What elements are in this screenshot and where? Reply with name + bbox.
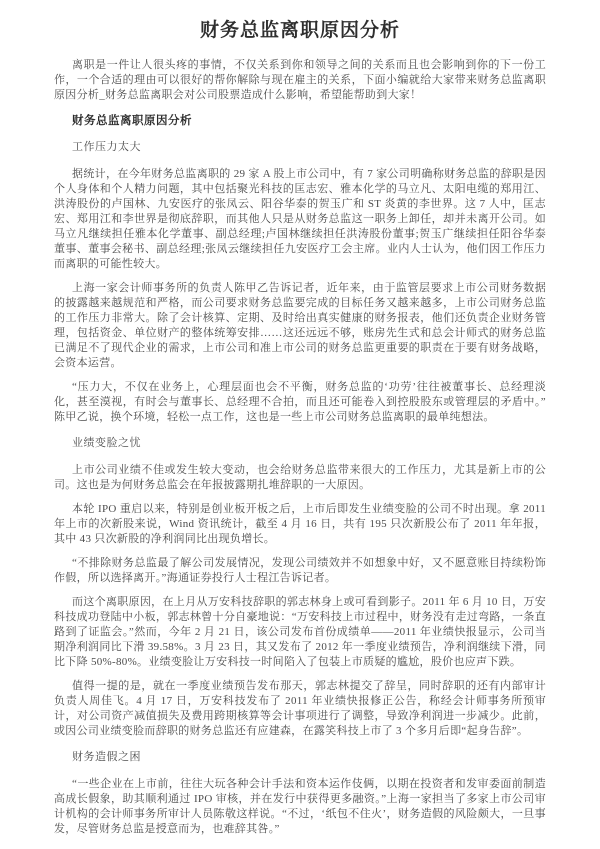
- paragraph-haitong-quote: “不排除财务总监最了解公司发展情况，发现公司绩效并不如想象中好，又不愿意账目持续…: [54, 556, 546, 586]
- document-page: 财务总监离职原因分析 离职是一件让人很头疼的事情，不仅关系到你和领导之间的关系而…: [0, 0, 600, 849]
- section-heading-work-pressure: 工作压力太大: [54, 140, 546, 155]
- section-heading-fraud: 财务造假之困: [54, 750, 546, 765]
- section-heading-performance: 业绩变脸之忧: [54, 436, 546, 451]
- paragraph-wanan-case: 而这个离职原因，在上月从万安科技辞职的郭志林身上或可看到影子。2011 年 6 …: [54, 595, 546, 670]
- paragraph-pressure-quote: “压力大，不仅在业务上，心理层面也会不平衡，财务总监的‘功劳’往往被董事长、总经…: [54, 380, 546, 425]
- intro-paragraph: 离职是一件让人很头疼的事情，不仅关系到你和领导之间的关系而且也会影响到你的下一份…: [54, 58, 546, 103]
- paragraph-accountant-view: 上海一家会计师事务所的负责人陈甲乙告诉记者，近年来，由于监管层要求上市公司财务数…: [54, 281, 546, 371]
- article-title: 财务总监离职原因分析: [54, 18, 546, 44]
- paragraph-resignation-detail: 值得一提的是，就在一季度业绩预告发布那天，郭志林提交了辞呈，同时辞职的还有内部审…: [54, 679, 546, 739]
- paragraph-fraud-quote: “一些企业在上市前，往往大玩各种会计手法和资本运作伎俩，以期在投资者和发审委面前…: [54, 777, 546, 837]
- paragraph-statistics: 据统计，在今年财务总监离职的 29 家 A 股上市公司中，有 7 家公司明确称财…: [54, 167, 546, 272]
- paragraph-performance-pressure: 上市公司业绩不佳或发生较大变动，也会给财务总监带来很大的工作压力，尤其是新上市的…: [54, 463, 546, 493]
- subheading-analysis: 财务总监离职原因分析: [54, 114, 546, 129]
- paragraph-ipo-stats: 本轮 IPO 重启以来，特别是创业板开板之后，上市后即发生业绩变脸的公司不时出现…: [54, 502, 546, 547]
